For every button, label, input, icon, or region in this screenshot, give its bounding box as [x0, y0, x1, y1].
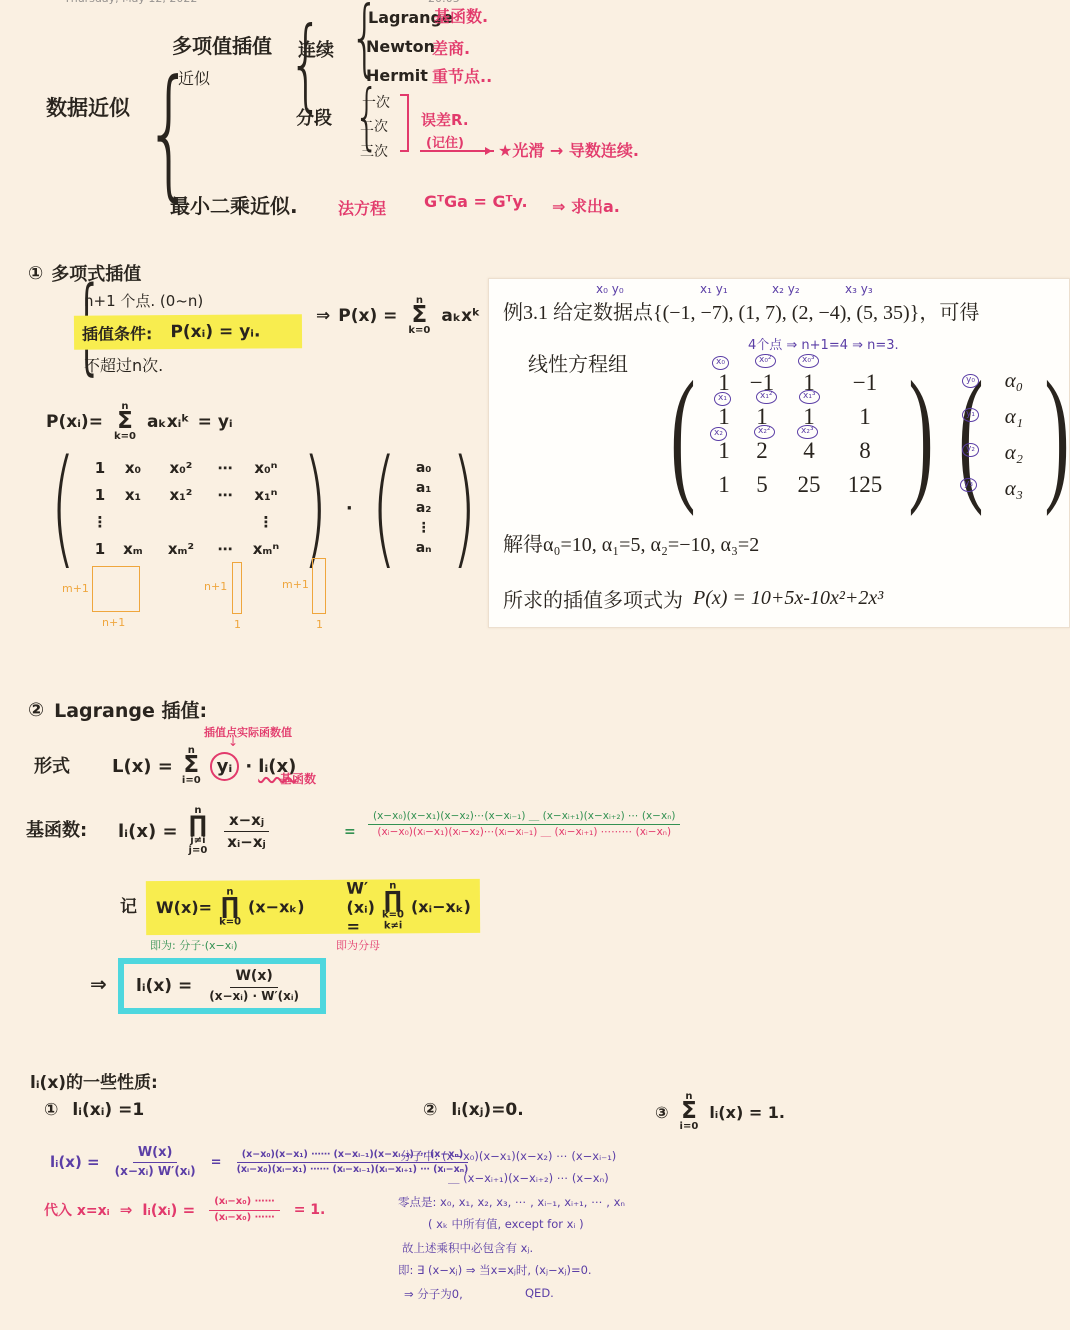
tree-root-label: 数据近似 [46, 92, 130, 122]
ex-rparen: ) [908, 376, 933, 493]
ex-cell: 1 [708, 468, 740, 502]
vm-cell: ⋮ [88, 508, 112, 535]
dim-one-right: 1 [316, 618, 323, 631]
coeff-vector: a₀ a₁ a₂ ⋮ aₙ [409, 460, 439, 556]
dim-col-a [232, 562, 242, 614]
L-sum-symbol: n Σ i=0 [182, 746, 201, 786]
badge-x1cu: x₁³ [799, 390, 820, 404]
dim-one-mid: 1 [234, 618, 241, 631]
header-timestamp: Thursday, May 12, 2022 [64, 0, 197, 5]
badge-y1: y₁ [962, 408, 979, 422]
vm-cell: x₀ⁿ [242, 454, 290, 481]
result-line: 所求的插值多项式为 P(x) = 10+5x-10x²+2x³ [503, 584, 883, 613]
solve-a-note: ⇒ 求出a. [552, 194, 620, 217]
yi-annotation: 插值点实际函数值 [204, 724, 292, 740]
vm-cell [208, 508, 242, 535]
vm-cell: 1 [88, 481, 112, 508]
ex-cell: −1 [834, 366, 896, 400]
pxi-right: = yᵢ [198, 412, 233, 432]
pxi-left: P(xᵢ)= [46, 412, 103, 432]
dim-m1-left: m+1 [62, 582, 89, 595]
property-1: ① lᵢ(xᵢ) =1 [44, 1100, 144, 1120]
tree-root-brace: { [144, 76, 194, 190]
ex-lparen: ( [670, 376, 695, 493]
alpha-lparen: ( [958, 376, 983, 493]
W-definitions-highlight: W(x)= n ∏ k=0 (x−xₖ) W′(xᵢ) = n ∏ k=0 k≠… [146, 879, 480, 935]
basis-fraction: x−xⱼ xᵢ−xⱼ [222, 811, 271, 852]
alpha-cell: α₁ [1005, 404, 1023, 429]
proof-note-conclusion: ⇒ 分子为0, [404, 1286, 463, 1302]
vm-lparen: ( [50, 458, 75, 558]
boxed-fraction: W(x) (x−xᵢ) · W′(xᵢ) [204, 968, 304, 1004]
ex-cell: 1 [834, 400, 896, 434]
L-left: L(x) = [112, 756, 173, 777]
vm-matrix: 1x₀x₀²⋯x₀ⁿ 1x₁x₁²⋯x₁ⁿ ⋮⋮ 1xₘxₘ²⋯xₘⁿ [88, 454, 290, 562]
degree-linear: 一次 [362, 92, 390, 112]
condition-points: n+1 个点. (0~n) [84, 290, 203, 311]
proof-note-numerator-b: ＿ (x−xᵢ₊₁)(x−xᵢ₊₂) ⋯ (x−xₙ) [448, 1170, 609, 1186]
lagrange-form-formula: L(x) = n Σ i=0 yᵢ · lᵢ(x) [112, 746, 296, 786]
proof-note-exists: 即: ∃ (x−xⱼ) ⇒ 当x=xⱼ时, (xⱼ−xⱼ)=0. [398, 1262, 592, 1278]
expanded-numerator: (x−x₀)(x−x₁)(x−x₂)⋯(x−xᵢ₋₁) ＿ (x−xᵢ₊₁)(x… [368, 810, 680, 825]
note-divided-diff: 差商. [432, 36, 470, 59]
smooth-note: ★光滑 → 导数连续. [498, 138, 639, 161]
pxi-mid: aₖxᵢᵏ [147, 412, 190, 432]
yi-circled: yᵢ [210, 752, 240, 781]
proof-note-qed: QED. [525, 1286, 554, 1300]
badge-y2: y₂ [962, 443, 979, 457]
alpha-cell: α₂ [1005, 440, 1023, 465]
badge-y3: y₃ [960, 478, 977, 492]
expanded-equals: = [344, 824, 356, 840]
sum-symbol: n Σ k=0 [408, 296, 430, 336]
vm-cell: ⋯ [208, 454, 242, 481]
vm-cell [112, 508, 154, 535]
properties-header: lᵢ(x)的一些性质: [30, 1068, 158, 1093]
proof-note-zeros: 零点是: x₀, x₁, x₂, x₃, ⋯ , xᵢ₋₁, xᵢ₊₁, ⋯ ,… [398, 1194, 625, 1210]
pair-label-3: x₃ y₃ [845, 282, 873, 296]
ex-cell: 2 [740, 434, 784, 468]
L-dot: · [245, 756, 252, 777]
vm-cell: x₁ⁿ [242, 481, 290, 508]
badge-x1: x₁ [714, 392, 731, 406]
remember-arrow [420, 138, 494, 152]
basis-formula: lᵢ(x) = n ∏ j≠i j=0 x−xⱼ xᵢ−xⱼ [118, 806, 275, 857]
pair-label-2: x₂ y₂ [772, 282, 800, 296]
example-line2: 线性方程组 [528, 348, 628, 377]
method-newton: Newton [366, 37, 435, 56]
proof-frac-1: W(x) (x−xᵢ) W′(xᵢ) [110, 1145, 201, 1179]
section2-title: Lagrange 插值: [54, 696, 207, 723]
condition-interp-label: 插值条件: [82, 321, 153, 344]
tree-branch-interpolation: 多项值插值 [172, 30, 272, 59]
denominator-note: 即为分母 [336, 937, 380, 953]
result-formula: P(x) = 10+5x-10x²+2x³ [693, 587, 883, 610]
badge-y0: y₀ [962, 374, 979, 388]
alpha-vector: α₀ α₁ α₂ α₃ [996, 368, 1032, 501]
vm-cell: xₘ [112, 535, 154, 562]
li-boxed-formula: lᵢ(x) = W(x) (x−xᵢ) · W′(xᵢ) [118, 958, 326, 1014]
boxed-implies: ⇒ [90, 972, 107, 996]
vm-cell: 1 [88, 535, 112, 562]
proof-note-except: ( xₖ 中所有值, except for xᵢ ) [428, 1216, 584, 1232]
dim-m1-right: m+1 [282, 578, 309, 591]
avec-cell: aₙ [416, 540, 432, 556]
tree-continuous-label: 连续 [298, 36, 334, 62]
avec-lparen: ( [371, 458, 396, 558]
W-definition: W(x)= n ∏ k=0 (x−xₖ) [156, 887, 305, 928]
alpha-cell: α₀ [1005, 368, 1023, 393]
proof-note-numerator-a: 分子中: (x−x₀)(x−x₁)(x−x₂) ⋯ (x−xᵢ₋₁) [400, 1148, 616, 1164]
property-2: ② lᵢ(xⱼ)=0. [423, 1100, 524, 1120]
vm-cell: x₁² [154, 481, 208, 508]
ex-cell: 8 [834, 434, 896, 468]
badge-x1sq: x₁² [756, 390, 777, 404]
dim-n1-mid: n+1 [204, 580, 227, 593]
Wprime-prod-symbol: n ∏ k=0 k≠i [382, 881, 404, 932]
px-right: aₖxᵏ [441, 306, 480, 326]
error-note: 误差R. [421, 109, 469, 130]
badge-x2sq: x₂² [754, 425, 775, 439]
condition-interp-formula: P(xᵢ) = yᵢ. [170, 321, 260, 342]
W-prod-symbol: n ∏ k=0 [219, 887, 241, 927]
solve-line: 解得α₀=10, α₁=5, α₂=−10, α₃=2 [503, 528, 759, 557]
substitution-fraction: (xᵢ−x₀) ⋯⋯ (xᵢ−x₀) ⋯⋯ [209, 1196, 279, 1224]
numerator-note: 即为: 分子·(x−xᵢ) [150, 937, 237, 953]
badge-x0: x₀ [712, 356, 729, 370]
Wprime-definition: W′(xᵢ) = n ∏ k=0 k≠i (xᵢ−xₖ) [346, 877, 471, 935]
example-title: 例3.1 给定数据点{(−1, −7), (1, 7), (2, −4), (5… [503, 296, 1063, 325]
property-3: ③ n Σ i=0 lᵢ(x) = 1. [655, 1092, 785, 1132]
tree-branch-approx: 近似 [178, 66, 210, 89]
vm-cell: x₀ [112, 454, 154, 481]
pair-label-0: x₀ y₀ [596, 282, 624, 296]
vm-cell: xₘⁿ [242, 535, 290, 562]
result-prefix: 所求的插值多项式为 [503, 584, 683, 613]
vm-dot: · [346, 498, 353, 519]
vm-cell: ⋮ [242, 508, 290, 535]
vm-cell: 1 [88, 454, 112, 481]
section2-number: ② [28, 699, 44, 721]
note-repeated-node: 重节点.. [432, 64, 492, 87]
vm-cell: xₘ² [154, 535, 208, 562]
avec-cell: a₀ [416, 460, 432, 476]
ex-cell: 5 [740, 468, 784, 502]
prod-symbol: n ∏ j≠i j=0 [189, 806, 208, 857]
vm-cell: x₀² [154, 454, 208, 481]
badge-x2: x₂ [710, 427, 727, 441]
normal-eq-formula: GᵀGa = Gᵀy. [424, 192, 528, 211]
tree-piecewise-label: 分段 [296, 104, 332, 130]
p3-sum-symbol: n Σ i=0 [680, 1092, 699, 1132]
alpha-cell: α₃ [1005, 476, 1023, 501]
basis-annotation: 基函数 [280, 770, 316, 787]
condition-degree: 不超过n次. [84, 353, 163, 376]
form-label: 形式 [34, 752, 70, 778]
dim-n1-bottom: n+1 [102, 616, 125, 629]
vm-rparen: ) [302, 458, 327, 558]
px-left: P(x) = [338, 306, 397, 326]
avec-cell: ⋮ [417, 520, 431, 536]
section1-number: ① [28, 263, 43, 284]
vm-cell: ⋯ [208, 535, 242, 562]
vm-cell [154, 508, 208, 535]
least-squares-label: 最小二乘近似. [170, 190, 298, 219]
piecewise-bracket [400, 94, 409, 152]
count-note: 4个点 ⇒ n+1=4 ⇒ n=3. [748, 334, 899, 353]
normal-eq-label: 法方程 [338, 196, 386, 219]
pxi-sum-symbol: n Σ k=0 [114, 402, 136, 442]
badge-x0cu: x₀³ [798, 354, 819, 368]
degree-quadratic: 二次 [360, 116, 388, 136]
avec-cell: a₂ [416, 500, 432, 516]
note-basis-fn: 基函数. [434, 4, 488, 27]
substitution-line: 代入 x=xᵢ ⇒ lᵢ(xᵢ) = (xᵢ−x₀) ⋯⋯ (xᵢ−x₀) ⋯⋯… [44, 1196, 325, 1224]
vm-cell: ⋯ [208, 481, 242, 508]
basis-label: 基函数: [26, 816, 87, 842]
ex-cell: 4 [784, 434, 834, 468]
condition-interp-highlight: 插值条件: P(xᵢ) = yᵢ. [74, 314, 302, 350]
alpha-rparen: ) [1044, 376, 1069, 493]
dim-square [92, 566, 140, 612]
badge-x2cu: x₂³ [797, 425, 818, 439]
implies-arrow: ⇒ [316, 306, 330, 326]
ex-cell: 125 [834, 468, 896, 502]
expanded-fraction: (x−x₀)(x−x₁)(x−x₂)⋯(x−xᵢ₋₁) ＿ (x−xᵢ₊₁)(x… [368, 810, 680, 839]
li-left: lᵢ(x) = [118, 821, 178, 842]
pair-label-1: x₁ y₁ [700, 282, 728, 296]
expanded-denominator: (xᵢ−x₀)(xᵢ−x₁)(xᵢ−x₂)⋯(xᵢ−xᵢ₋₁) ＿ (xᵢ−xᵢ… [372, 825, 676, 839]
avec-cell: a₁ [416, 480, 432, 496]
avec-rparen: ) [451, 458, 476, 558]
vm-cell: x₁ [112, 481, 154, 508]
note-page: Thursday, May 12, 2022 20:05 数据近似 { 多项值插… [0, 0, 1070, 1330]
W-note-label: 记 [120, 892, 137, 917]
proof-note-contains: 故上述乘积中必包含有 xⱼ. [402, 1240, 533, 1256]
section2-header: ② Lagrange 插值: [28, 696, 207, 723]
dim-col-y [312, 558, 326, 614]
badge-x0sq: x₀² [755, 354, 776, 368]
degree-cubic: 三次 [360, 141, 388, 161]
ex-cell: 25 [784, 468, 834, 502]
